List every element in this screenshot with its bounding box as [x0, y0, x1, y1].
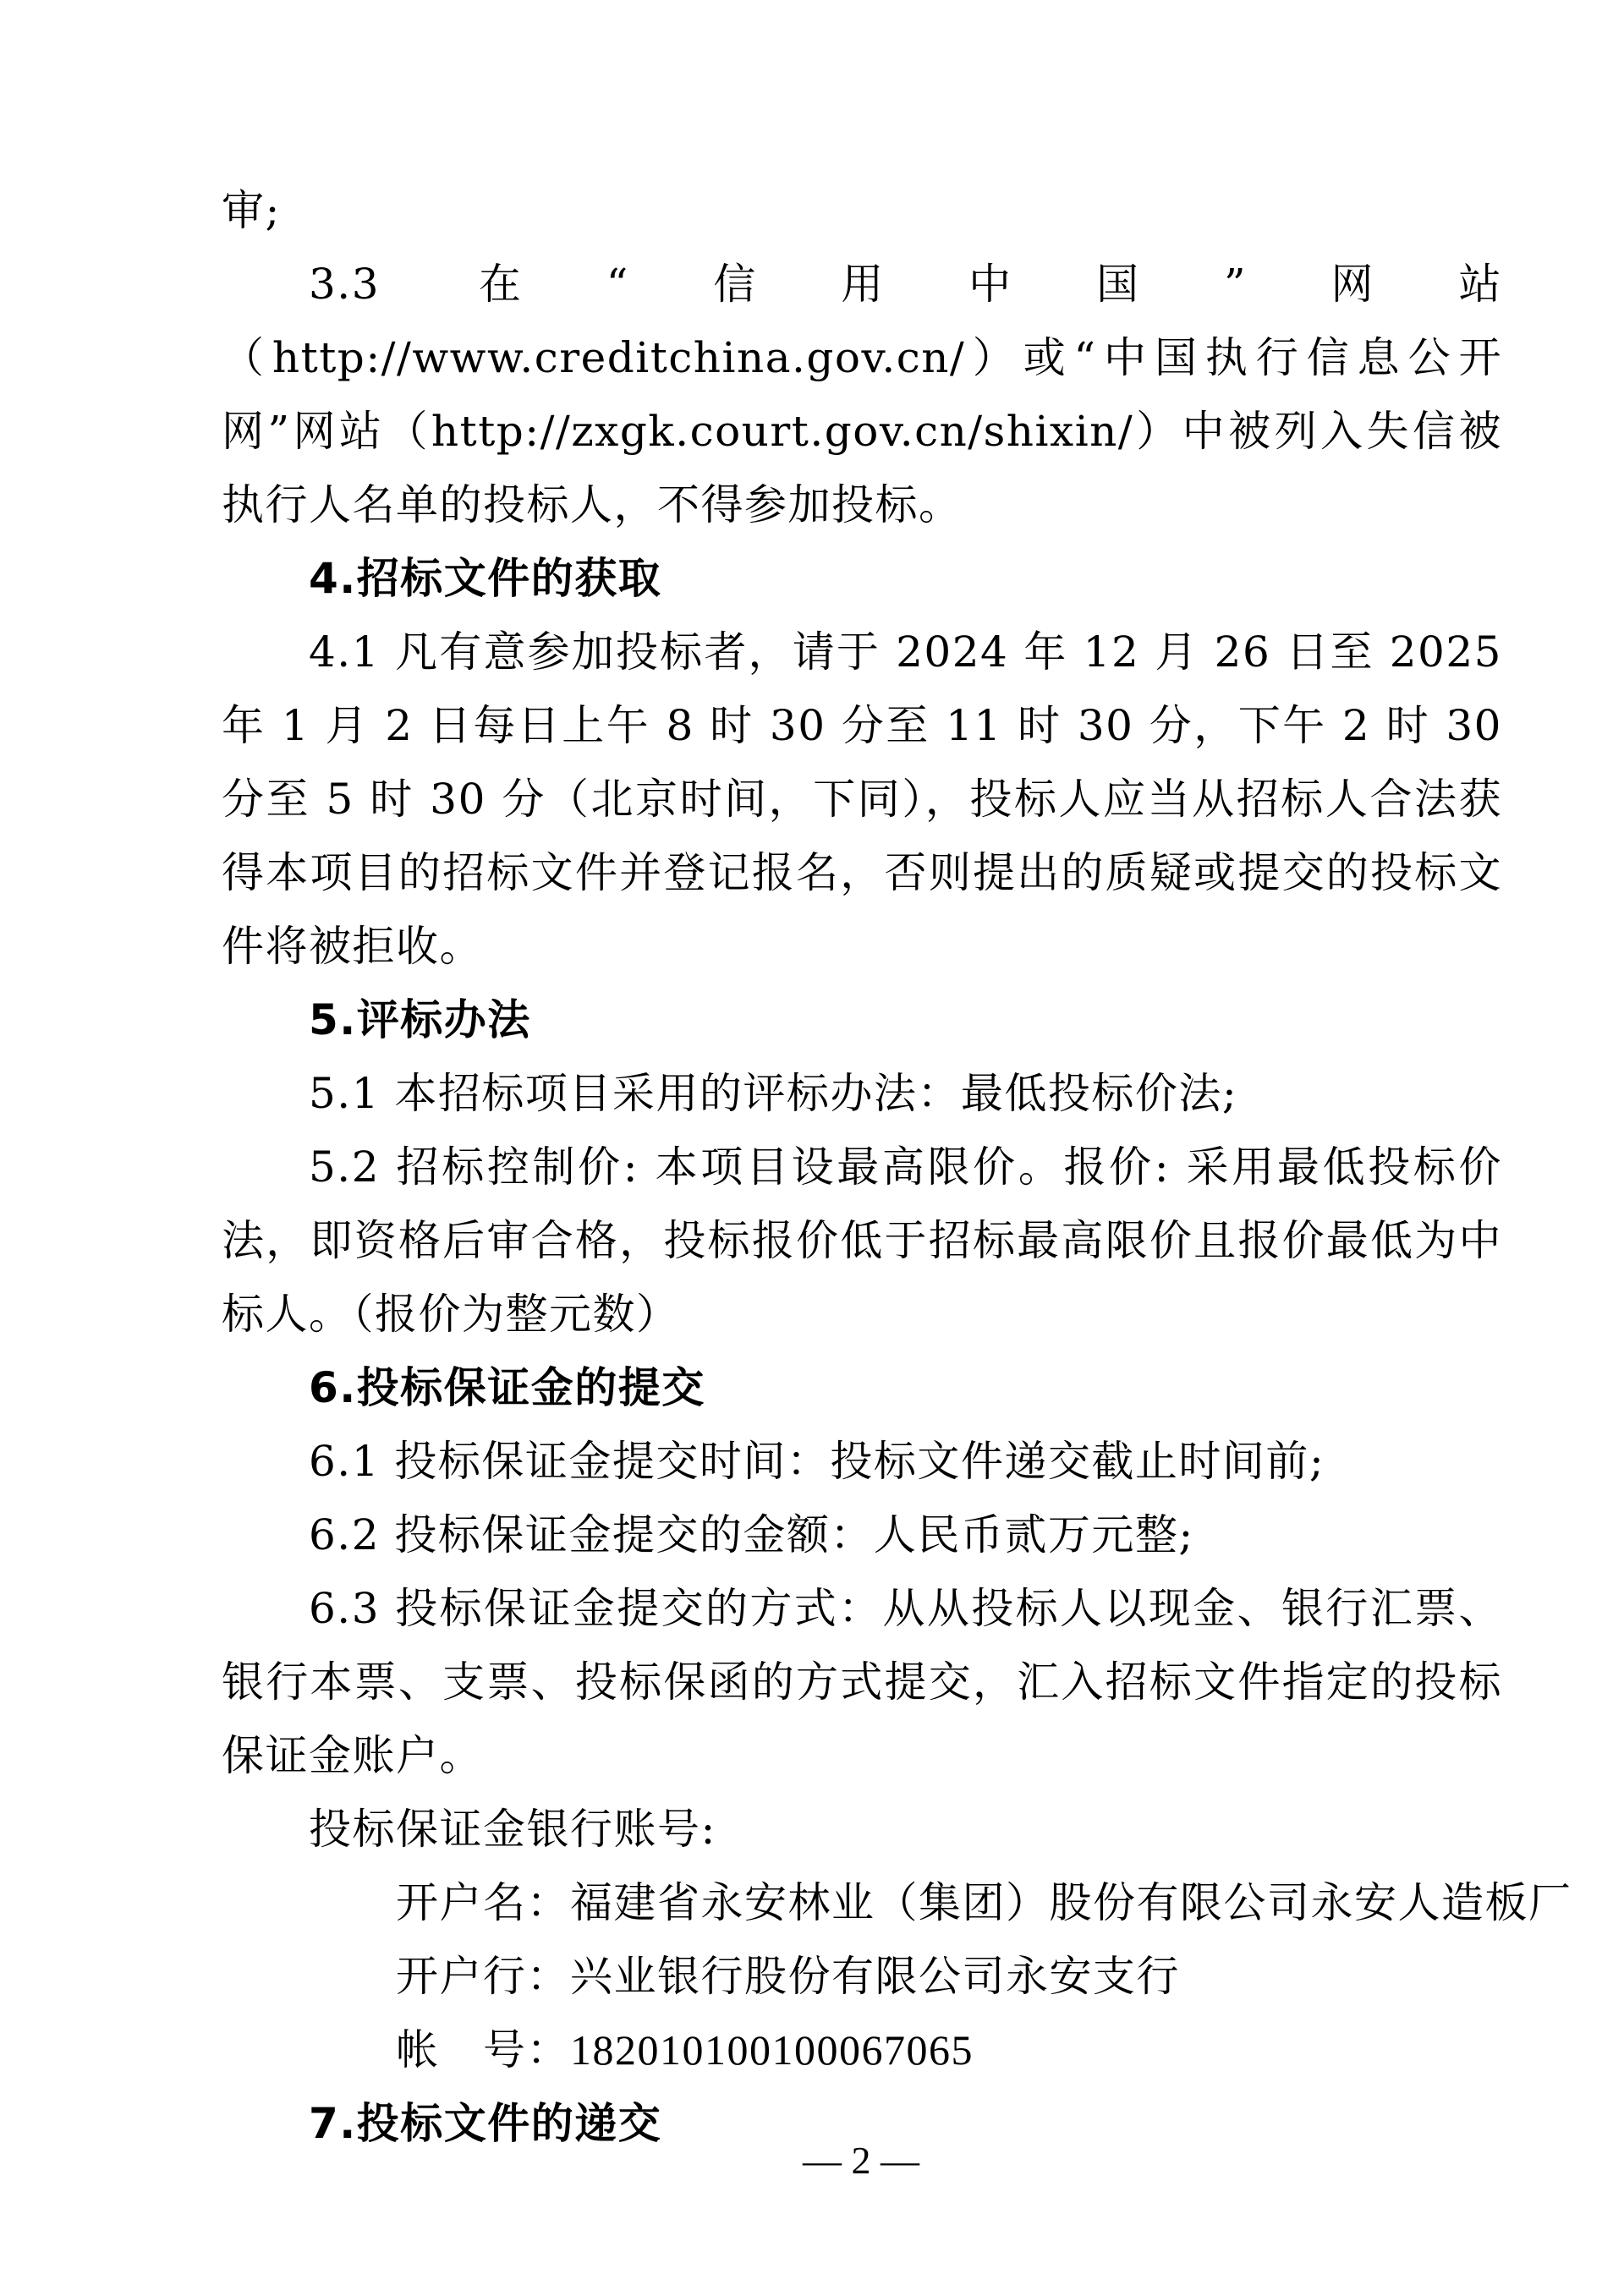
paragraph-continued: 审;: [222, 174, 1502, 248]
document-page: 审; 3.3 在“信用中国”网站（http://www.creditchina.…: [0, 0, 1624, 2296]
paragraph-5-2-price-ceiling: 5.2 招标控制价: 本项目设最高限价。报价: 采用最低投标价法，即资格后审合格…: [222, 1131, 1502, 1351]
section-heading-5-evaluation-method: 5.评标办法: [222, 984, 1502, 1057]
account-number-label: 帐 号：: [309, 2014, 570, 2087]
section-heading-6-bid-deposit: 6.投标保证金的提交: [222, 1351, 1502, 1425]
account-number-line: 帐 号：182010100100067065: [222, 2014, 1502, 2087]
section-heading-4-obtain-bid-documents: 4.招标文件的获取: [222, 542, 1502, 616]
account-number-value: 182010100100067065: [570, 2026, 974, 2074]
paragraph-4-1-registration-period: 4.1 凡有意参加投标者，请于 2024 年 12 月 26 日至 2025 年…: [222, 616, 1502, 984]
paragraph-6-3-deposit-method: 6.3 投标保证金提交的方式：从从投标人以现金、银行汇票、银行本票、支票、投标保…: [222, 1572, 1502, 1793]
document-body: 审; 3.3 在“信用中国”网站（http://www.creditchina.…: [222, 174, 1502, 2161]
account-name-value: 福建省永安林业（集团）股份有限公司永安人造板厂: [570, 1878, 1572, 1927]
page-number: — 2 —: [0, 2131, 1624, 2190]
account-name-label: 开户名：: [309, 1866, 570, 1940]
bank-account-intro: 投标保证金银行账号:: [222, 1793, 1502, 1866]
account-bank-label: 开户行：: [309, 1940, 570, 2014]
account-bank-line: 开户行：兴业银行股份有限公司永安支行: [222, 1940, 1502, 2014]
paragraph-6-2-deposit-amount: 6.2 投标保证金提交的金额：人民币贰万元整;: [222, 1499, 1502, 1572]
paragraph-6-1-deposit-deadline: 6.1 投标保证金提交时间：投标文件递交截止时间前;: [222, 1425, 1502, 1499]
paragraph-3-3-blacklist-clause: 3.3 在“信用中国”网站（http://www.creditchina.gov…: [222, 248, 1502, 542]
account-name-line: 开户名：福建省永安林业（集团）股份有限公司永安人造板厂: [222, 1866, 1502, 1940]
paragraph-5-1-evaluation-method: 5.1 本招标项目采用的评标办法：最低投标价法;: [222, 1057, 1502, 1131]
account-bank-value: 兴业银行股份有限公司永安支行: [570, 1952, 1180, 2001]
